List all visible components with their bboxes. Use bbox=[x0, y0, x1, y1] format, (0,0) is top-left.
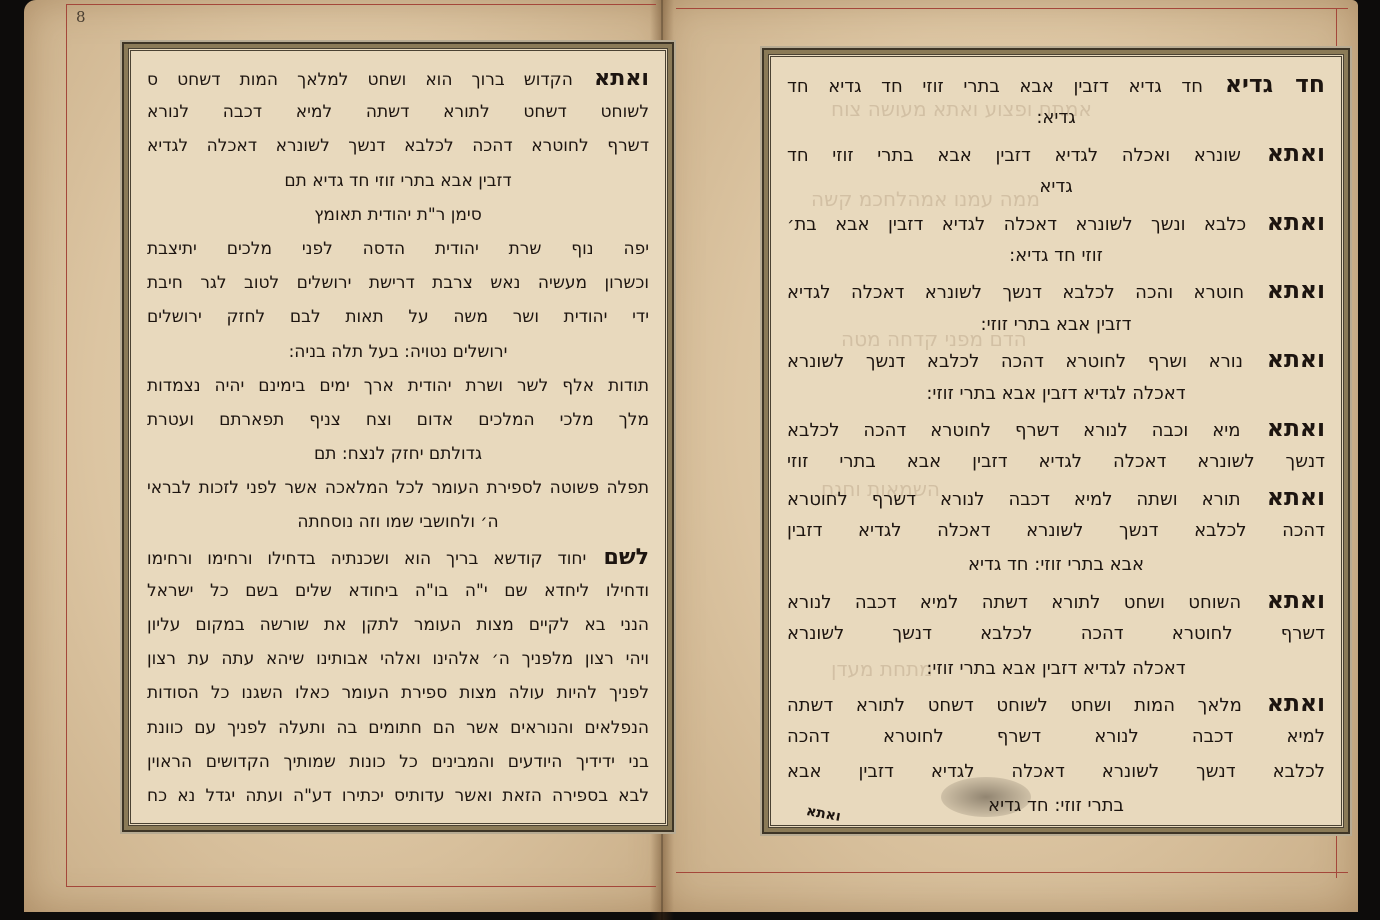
manuscript-line: דאכלה לגדיא דזבין אבא בתרי זוזי: bbox=[787, 652, 1325, 686]
left-red-ruling-side bbox=[66, 4, 67, 886]
manuscript-line: גדיא: bbox=[787, 101, 1325, 135]
manuscript-line: דזבין אבא בתרי זוזי חד גדיא תם bbox=[147, 164, 649, 198]
manuscript-line: ואתא מיא וכבה לנורא דשרף לחוטרא דהכה לכל… bbox=[787, 411, 1325, 445]
manuscript-line: תפלה פשוטה לספירת העומר לכל המלאכה אשר ל… bbox=[147, 471, 649, 505]
manuscript-line: זוזי חד גדיא: bbox=[787, 239, 1325, 273]
manuscript-line: לפניך להיות עולה מצות ספירת העומר כאלו ה… bbox=[147, 676, 649, 710]
manuscript-line: למיא דכבה לנורא דשרף לחוטרא דהכה bbox=[787, 720, 1325, 754]
manuscript-line: ירושלים נטויה: בעל תלה בניה: bbox=[147, 335, 649, 369]
manuscript-line: הנפלאים והנוראים אשר הם חתומים בה ותעלה … bbox=[147, 711, 649, 745]
left-red-ruling-top bbox=[66, 4, 656, 5]
manuscript-line: ואתא מלאך המות ושחט לשוחט דשחט לתורא דשת… bbox=[787, 686, 1325, 720]
manuscript-line: מלך מלכי המלכים אדום וצח צניף תפארתם ועט… bbox=[147, 403, 649, 437]
lead-word: לשם bbox=[586, 544, 649, 570]
lead-word: חד גדיא bbox=[1203, 70, 1325, 98]
manuscript-line: לכלבא דנשך לשונרא דאכלה לגדיא דזבין אבא bbox=[787, 755, 1325, 789]
manuscript-line: אבא בתרי זוזי: חד גדיא bbox=[787, 548, 1325, 582]
manuscript-line: יפה נוף שרת יהודית הדסה לפני מלכים יתיצב… bbox=[147, 232, 649, 266]
right-text-frame: אמתח ופצוע ואתא מעושה צוח ממה עמנו אמהלח… bbox=[768, 54, 1344, 828]
manuscript-line: דנשך לשונרא דאכלה לגדיא דזבין אבא בתרי ז… bbox=[787, 445, 1325, 479]
lead-word: ואתא bbox=[1243, 345, 1325, 373]
manuscript-line: דשרף לחוטרא דהכה לכלבא דנשך לשונרא דאכלה… bbox=[147, 129, 649, 163]
manuscript-line: ואתא חוטרא והכה לכלבא דנשך לשונרא דאכלה … bbox=[787, 273, 1325, 307]
manuscript-line: הנני בא לקיים מצות העומר לתקן את שורשה ב… bbox=[147, 608, 649, 642]
right-red-ruling-bottom bbox=[676, 872, 1348, 873]
manuscript-line: ואתא השוחט ושחט לתורא דשתה למיא דכבה לנו… bbox=[787, 583, 1325, 617]
manuscript-line: ידי יהודית ושר משה על תאות לבם לחזק ירוש… bbox=[147, 300, 649, 334]
manuscript-line: בני ידידיך היודעים והמבינים כל כונות שמו… bbox=[147, 745, 649, 779]
manuscript-line: ואתא כלבא ונשך לשונרא דאכלה לגדיא דזבין … bbox=[787, 205, 1325, 239]
manuscript-line: וכשרון מעשיה נאש צרבת דרישת ירושלים לטוב… bbox=[147, 266, 649, 300]
manuscript-line: ודחילו ליחדא שם י"ה בו"ה ביחודא שלים בשם… bbox=[147, 574, 649, 608]
manuscript-line: דשרף לחוטרא דהכה לכלבא דנשך לשונרא bbox=[787, 617, 1325, 651]
left-red-ruling-bottom bbox=[66, 886, 656, 887]
manuscript-line: דזבין אבא בתרי זוזי: bbox=[787, 308, 1325, 342]
left-text-frame: ואתא הקדוש ברוך הוא ושחט למלאך המות דשחט… bbox=[128, 48, 668, 826]
manuscript-line: דאכלה לגדיא דזבין אבא בתרי זוזי: bbox=[787, 377, 1325, 411]
lead-word: ואתא bbox=[1241, 483, 1325, 511]
manuscript-line: ואתא תורא ושתה למיא דכבה לנורא דשרף לחוט… bbox=[787, 480, 1325, 514]
manuscript-line: בתרי זוזי: חד גדיא bbox=[787, 789, 1325, 823]
right-red-ruling-top bbox=[676, 8, 1348, 9]
manuscript-line: תודות אלף לשר ושרת יהודית ארך ימים בימינ… bbox=[147, 369, 649, 403]
page-number: 8 bbox=[76, 8, 86, 26]
manuscript-line: ויהי רצון מלפניך ה׳ אלהינו ואלהי אבותינו… bbox=[147, 642, 649, 676]
manuscript-line: לשם יחוד קודשא בריך הוא ושכנתיה בדחילו ו… bbox=[147, 540, 649, 574]
manuscript-line: דהכה לכלבא דנשך לשונרא דאכלה לגדיא דזבין bbox=[787, 514, 1325, 548]
manuscript-line: גדיא bbox=[787, 170, 1325, 204]
lead-word: ואתא bbox=[1242, 689, 1325, 717]
manuscript-line: סימן ר"ת יהודית תאומץ bbox=[147, 198, 649, 232]
manuscript-line: ואתא הקדוש ברוך הוא ושחט למלאך המות דשחט… bbox=[147, 61, 649, 95]
manuscript-line: ואתא נורא ושרף לחוטרא דהכה לכלבא דנשך לש… bbox=[787, 342, 1325, 376]
lead-word: ואתא bbox=[1241, 414, 1325, 442]
left-text-block: ואתא הקדוש ברוך הוא ושחט למלאך המות דשחט… bbox=[137, 57, 659, 817]
right-text-block: חד גדיא חד גדיא דזבין אבא בתרי זוזי חד ג… bbox=[777, 63, 1335, 819]
manuscript-line: לבא בספירה הזאת ואשר עדותיס יכתירו דע"ה … bbox=[147, 779, 649, 813]
manuscript-line: חד גדיא חד גדיא דזבין אבא בתרי זוזי חד ג… bbox=[787, 67, 1325, 101]
manuscript-line: גדולתם יחזק לנצח: תם bbox=[147, 437, 649, 471]
manuscript-line: ואתא שונרא ואכלה לגדיא דזבין אבא בתרי זו… bbox=[787, 136, 1325, 170]
lead-word: ואתא bbox=[1244, 276, 1325, 304]
manuscript-spread: 8 ואתא הקדוש ברוך הוא ושחט למלאך המות דש… bbox=[10, 0, 1380, 920]
lead-word: ואתא bbox=[1241, 139, 1325, 167]
manuscript-line: ה׳ ולחושבי שמו וזה נוסחתה bbox=[147, 505, 649, 539]
lead-word: ואתא bbox=[1246, 208, 1325, 236]
lead-word: ואתא bbox=[1241, 586, 1325, 614]
ink-smudge bbox=[941, 777, 1031, 817]
manuscript-line: לשוחט דשחט לתורא דשתה למיא דכבה לנורא bbox=[147, 95, 649, 129]
lead-word: ואתא bbox=[573, 65, 649, 91]
